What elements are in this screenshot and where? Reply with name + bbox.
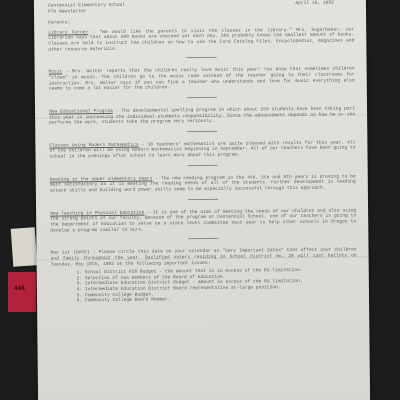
election-issues-list: School District #28 Budget - the amount … — [51, 268, 357, 305]
section-physical-education: New Teaching in Physical Education - It … — [50, 208, 356, 234]
section-music: Music - Mrs. Walter reports that the chi… — [49, 67, 355, 93]
divider — [188, 164, 218, 166]
section-mathematics: Classes Using Modern Mathematics - 10 te… — [49, 140, 355, 160]
letter-date: April 16, 1982 — [295, 1, 334, 13]
newsletter-content: Centennial Elementary School PTA Newslet… — [48, 0, 357, 304]
background-red-object — [8, 272, 36, 312]
background-red-label: 446 — [14, 285, 25, 292]
letter-header: Centennial Elementary School PTA Newslet… — [48, 0, 354, 14]
divider — [186, 57, 216, 59]
section-reading: Reading in the upper elementary years - … — [50, 174, 356, 194]
newsletter-page: Centennial Elementary School PTA Newslet… — [34, 0, 370, 400]
divider — [187, 131, 217, 133]
section-body: - Mrs. Walter reports that the children … — [49, 67, 355, 92]
divider — [187, 97, 217, 99]
section-library: Library Corner - "We would like the pare… — [48, 27, 354, 53]
newsletter-name: PTA Newsletter — [48, 8, 125, 14]
salutation: Parents: — [48, 18, 354, 27]
section-election: May 1st (DATE) - Please circle this date… — [51, 248, 357, 268]
section-body: - "We would like the parents to visit th… — [48, 27, 354, 52]
divider — [188, 238, 218, 240]
divider — [188, 198, 218, 200]
background-paper-scrap — [11, 227, 38, 267]
section-heading: Music — [49, 70, 63, 75]
section-educational-program: New Educational Program - The developmen… — [49, 106, 355, 126]
section-body: May 1st (DATE) - Please circle this date… — [51, 248, 357, 267]
